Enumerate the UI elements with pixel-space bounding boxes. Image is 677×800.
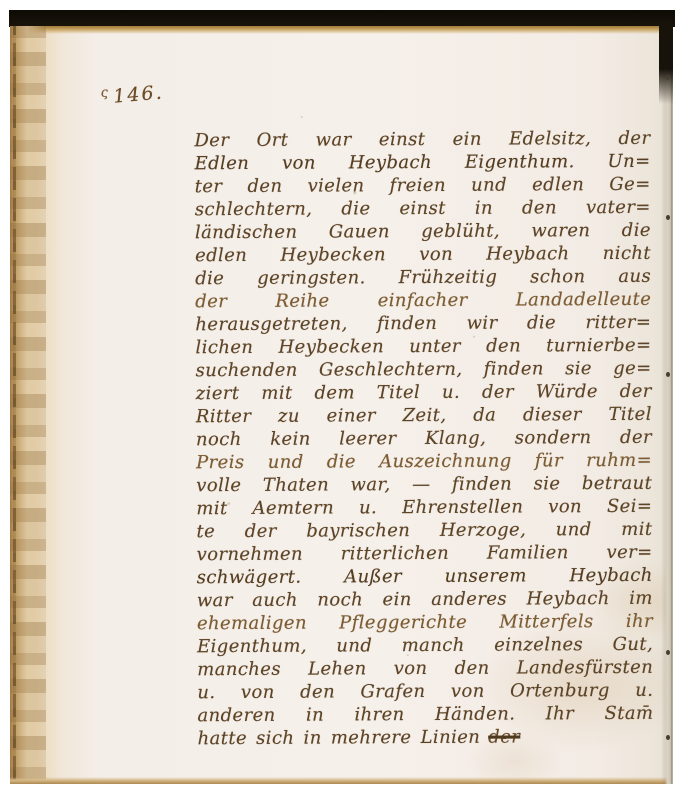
binding-stitch-mark xyxy=(666,215,670,220)
binding-stitch-mark xyxy=(666,650,670,655)
manuscript-line: Edlen von Heybach Eigenthum. Un= xyxy=(194,150,650,175)
manuscript-line: ter den vielen freien und edlen Ge= xyxy=(195,173,651,198)
corner-flourish-mark: ς xyxy=(100,85,111,101)
line-text: mit Aemtern u. Ehrenstellen von Sei= xyxy=(196,496,652,519)
line-text: ziert mit dem Titel u. der Würde der xyxy=(196,381,652,404)
manuscript-line: edlen Heybecken von Heybach nicht xyxy=(195,242,651,267)
manuscript-line: volle Thaten war, — finden sie betraut xyxy=(196,472,652,497)
line-text: suchenden Geschlechtern, finden sie ge= xyxy=(196,358,652,381)
line-text: Preis und die Auszeichnung für ruhm= xyxy=(196,450,652,473)
line-text: ter den vielen freien und edlen Ge= xyxy=(195,174,651,197)
manuscript-line: war auch noch ein anderes Heybach im xyxy=(197,587,653,612)
manuscript-line: anderen in ihren Händen. Ihr Stam̄ xyxy=(197,702,653,727)
line-text: noch kein leerer Klang, sondern der xyxy=(196,427,652,450)
manuscript-line: ziert mit dem Titel u. der Würde der xyxy=(196,380,652,405)
manuscript-line: schwägert. Außer unserem Heybach xyxy=(197,564,653,589)
manuscript-line: herausgetreten, finden wir die ritter= xyxy=(195,311,651,336)
manuscript-line: suchenden Geschlechtern, finden sie ge= xyxy=(196,357,652,382)
binding-stitch-mark xyxy=(666,735,670,740)
line-text: anderen in ihren Händen. Ihr Stam̄ xyxy=(197,703,653,726)
manuscript-line: der Reihe einfacher Landadelleute xyxy=(195,288,651,313)
manuscript-text-block: Der Ort war einst ein Edelsitz, derEdlen… xyxy=(194,127,653,750)
line-text: edlen Heybecken von Heybach nicht xyxy=(195,243,651,266)
manuscript-line: Ritter zu einer Zeit, da dieser Titel xyxy=(196,403,652,428)
line-text: ehemaligen Pfleggerichte Mitterfels ihr xyxy=(197,611,653,634)
line-text: der Reihe einfacher Landadelleute xyxy=(195,289,651,312)
manuscript-line: noch kein leerer Klang, sondern der xyxy=(196,426,652,451)
manuscript-line: hatte sich in mehrere Liniender xyxy=(198,725,654,750)
line-text: u. von den Grafen von Ortenburg u. xyxy=(197,680,653,703)
page-top-gilt-edge xyxy=(10,26,673,34)
manuscript-line: Der Ort war einst ein Edelsitz, der xyxy=(194,127,650,152)
manuscript-line: ehemaligen Pfleggerichte Mitterfels ihr xyxy=(197,610,653,635)
line-text: ländischen Gauen geblüht, waren die xyxy=(195,220,651,243)
manuscript-line: manches Lehen von den Landesfürsten xyxy=(197,656,653,681)
manuscript-line: u. von den Grafen von Ortenburg u. xyxy=(197,679,653,704)
manuscript-line: ländischen Gauen geblüht, waren die xyxy=(195,219,651,244)
line-text: Der Ort war einst ein Edelsitz, der xyxy=(194,128,650,151)
line-text: te der bayrischen Herzoge, und mit xyxy=(196,519,652,542)
page-number-text: 146. xyxy=(112,81,164,107)
deckle-fiber-line xyxy=(13,26,16,784)
manuscript-line: te der bayrischen Herzoge, und mit xyxy=(196,518,652,543)
line-text: vornehmen ritterlichen Familien ver= xyxy=(197,542,653,565)
manuscript-line: Eigenthum, und manch einzelnes Gut, xyxy=(197,633,653,658)
binding-stitch-mark xyxy=(666,75,670,80)
scanned-manuscript-page: ς146. Der Ort war einst ein Edelsitz, de… xyxy=(0,0,677,800)
manuscript-line: mit Aemtern u. Ehrenstellen von Sei= xyxy=(196,495,652,520)
manuscript-line: die geringsten. Frühzeitig schon aus xyxy=(195,265,651,290)
scan-background-top-band xyxy=(9,10,675,27)
line-text: Eigenthum, und manch einzelnes Gut, xyxy=(197,634,653,657)
line-text: schlechtern, die einst in den vater= xyxy=(195,197,651,220)
line-text: war auch noch ein anderes Heybach im xyxy=(197,588,653,611)
line-text: hatte sich in mehrere Linien xyxy=(198,727,481,749)
line-text: die geringsten. Frühzeitig schon aus xyxy=(195,266,651,289)
struck-out-word: der xyxy=(488,727,520,748)
deckled-left-edge xyxy=(10,26,46,784)
line-text: manches Lehen von den Landesfürsten xyxy=(197,657,653,680)
manuscript-line: lichen Heybecken unter den turnierbe= xyxy=(195,334,651,359)
manuscript-line: vornehmen ritterlichen Familien ver= xyxy=(197,541,653,566)
scan-background-right-corner xyxy=(659,26,673,104)
line-text: schwägert. Außer unserem Heybach xyxy=(197,565,653,588)
line-text: Ritter zu einer Zeit, da dieser Titel xyxy=(196,404,652,427)
book-block-fore-edge xyxy=(661,62,673,784)
line-text: herausgetreten, finden wir die ritter= xyxy=(195,312,651,335)
page-number: ς146. xyxy=(103,81,164,108)
line-text: lichen Heybecken unter den turnierbe= xyxy=(195,335,651,358)
line-text: volle Thaten war, — finden sie betraut xyxy=(196,473,652,496)
line-text: Edlen von Heybach Eigenthum. Un= xyxy=(195,151,651,174)
manuscript-leaf: ς146. Der Ort war einst ein Edelsitz, de… xyxy=(10,26,673,784)
manuscript-line: Preis und die Auszeichnung für ruhm= xyxy=(196,449,652,474)
binding-stitch-mark xyxy=(666,372,670,377)
manuscript-line: schlechtern, die einst in den vater= xyxy=(195,196,651,221)
page-bottom-edge xyxy=(10,777,673,784)
